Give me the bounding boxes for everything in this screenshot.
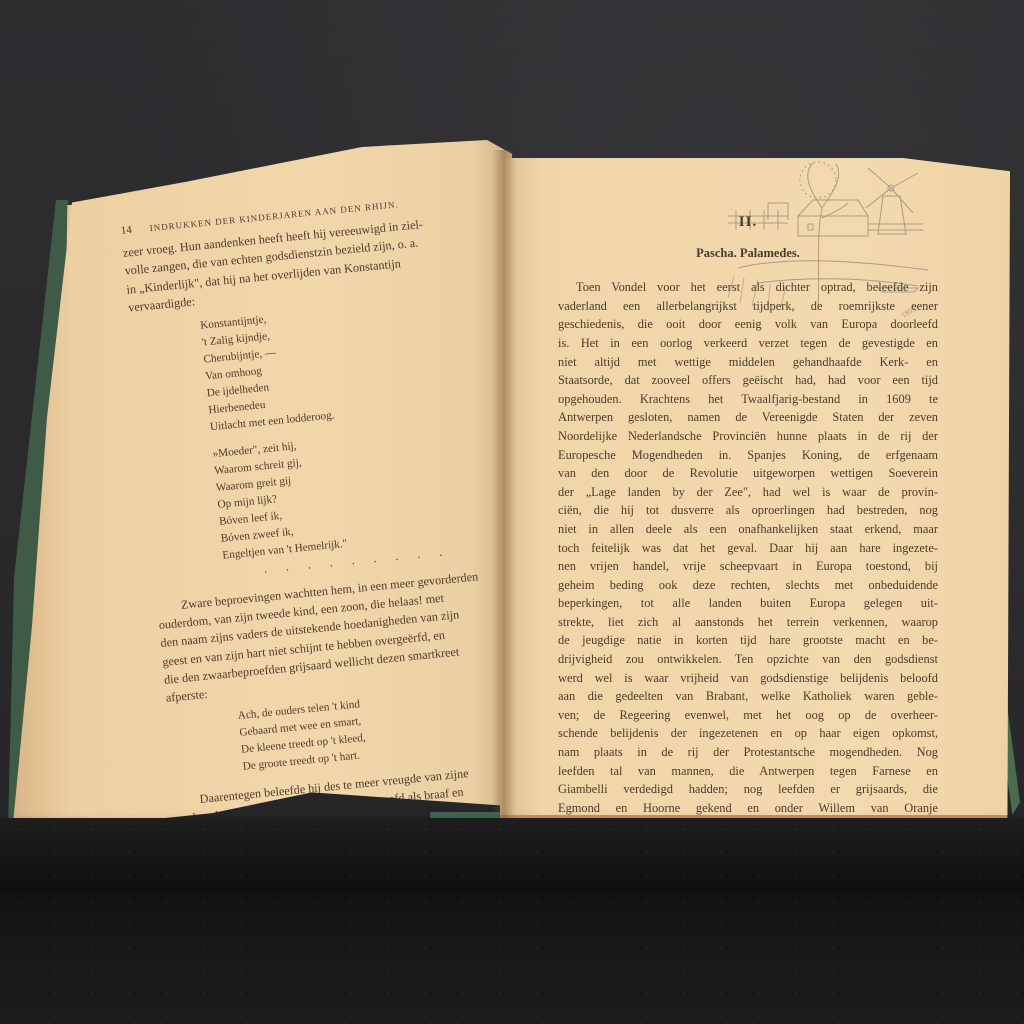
text-line: Giambelli verdedigd hadden; nog leefden …: [558, 780, 938, 799]
text-line: geheim beding ook deze rechten, slechts …: [558, 576, 938, 595]
text-line: opgehouden. Krachtens het Twaalfjarig-be…: [558, 390, 938, 409]
text-line: geschiedenis, die ooit door eenig volk v…: [558, 315, 938, 334]
text-line: van den door de Revolutie uitgeworpen we…: [558, 464, 938, 483]
text-line: Noordelijke Nederlandsche Provinciën hun…: [558, 427, 938, 446]
right-page: 1895 II. Pascha. Palamedes. Toen Vondel …: [500, 158, 1010, 818]
text-line: toch feitelijk was dat het geval. Daar h…: [558, 539, 938, 558]
chapter-number: II.: [558, 213, 938, 232]
chapter-body: Toen Vondel voor het eerst als dichter o…: [558, 278, 938, 818]
right-page-text: II. Pascha. Palamedes. Toen Vondel voor …: [558, 213, 938, 818]
text-line: werd wel is waar vrijheid van godsdienst…: [558, 669, 938, 688]
poem-stanza-2: »Moeder", zeit hij, Waarom schreit gij, …: [212, 419, 504, 581]
text-line: is. Het in een oorlog verkeerd verzet te…: [558, 334, 938, 353]
text-line: Europesche Mogendheden in. Spanjes Konin…: [558, 446, 938, 465]
text-line: nen vrijen handel, vrije scheepvaart in …: [558, 557, 938, 576]
text-line: de jeugdige natie in korten tijd hare gr…: [558, 631, 938, 650]
text-line: der „Lage landen by der Zee", had wel is…: [558, 483, 938, 502]
text-line: drijvigheid zou ontwikkelen. Ten opzicht…: [558, 650, 938, 669]
text-line: Toen Vondel voor het eerst als dichter o…: [558, 278, 938, 297]
poem-stanza-1: Konstantijntje, 't Zalig kijndje, Cherub…: [200, 291, 490, 436]
book-stand-ledge: [0, 818, 1024, 890]
text-line: Staatsorde, dat zooveel offers geëischt …: [558, 371, 938, 390]
chapter-title: Pascha. Palamedes.: [558, 244, 938, 263]
text-line: ciën, die hij tot dusverre als oproerlin…: [558, 501, 938, 520]
text-line: aan die gedeelten van Brabant, welke Kat…: [558, 687, 938, 706]
text-line: Antwerpen gesloten, namen de Vereenigde …: [558, 408, 938, 427]
book-gutter: [492, 150, 516, 825]
text-line: nam plaats in de rij der Protestantsche …: [558, 743, 938, 762]
book-stand-base: [0, 890, 1024, 1024]
page-number: 14: [120, 221, 133, 240]
text-line: vaderland een allerbelangrijkst tijdperk…: [558, 297, 938, 316]
paragraph-zware-beproevingen: Zware beproevingen wachtten hem, in een …: [156, 565, 512, 707]
text-line: beperkingen, tot alle landen buiten Euro…: [558, 594, 938, 613]
text-line: ven; de Regeering evenwel, met het oog o…: [558, 706, 938, 725]
text-line: niet altijd met wettige middelen gehandh…: [558, 353, 938, 372]
text-line: niet in allen deele als een onafhankelij…: [558, 520, 938, 539]
text-line: strekte, liet zich al aanstonds het terr…: [558, 613, 938, 632]
text-line: Egmond en Hoorne gekend en onder Willem …: [558, 799, 938, 818]
text-line: schende belijdenis der ingezetenen en op…: [558, 724, 938, 743]
left-page: 14 Indrukken der kinderjaren aan den Rhi…: [12, 140, 512, 834]
left-page-text: 14 Indrukken der kinderjaren aan den Rhi…: [120, 188, 512, 834]
text-line: leefden tal van mannen, die Antwerpen te…: [558, 762, 938, 781]
